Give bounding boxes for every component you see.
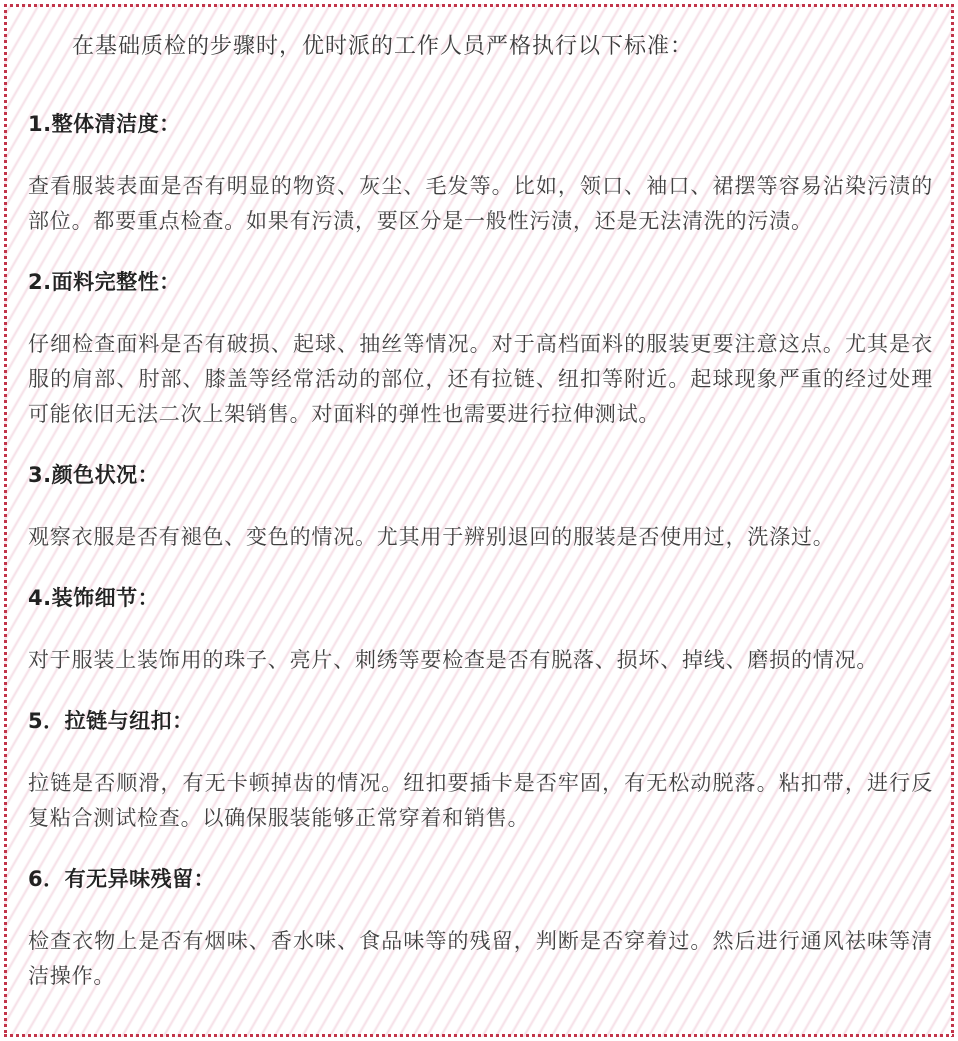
section-3-heading: 3.颜色状况： (28, 460, 933, 490)
section-3-body: 观察衣服是否有褪色、变色的情况。尤其用于辨别退回的服装是否使用过，洗涤过。 (28, 520, 933, 555)
section-1-heading: 1.整体清洁度： (28, 109, 933, 139)
section-4-body: 对于服装上装饰用的珠子、亮片、刺绣等要检查是否有脱落、损坏、掉线、磨损的情况。 (28, 643, 933, 678)
section-2-heading: 2.面料完整性： (28, 267, 933, 297)
section-6-heading: 6．有无异味残留： (28, 864, 933, 894)
dotted-border-left (4, 4, 7, 1037)
section-3: 3.颜色状况： 观察衣服是否有褪色、变色的情况。尤其用于辨别退回的服装是否使用过… (28, 460, 933, 555)
section-4-heading: 4.装饰细节： (28, 583, 933, 613)
section-6: 6．有无异味残留： 检查衣物上是否有烟味、香水味、食品味等的残留，判断是否穿着过… (28, 864, 933, 994)
section-2-body: 仔细检查面料是否有破损、起球、抽丝等情况。对于高档面料的服装更要注意这点。尤其是… (28, 327, 933, 432)
section-1: 1.整体清洁度： 查看服装表面是否有明显的物资、灰尘、毛发等。比如，领口、袖口、… (28, 109, 933, 239)
intro-paragraph: 在基础质检的步骤时，优时派的工作人员严格执行以下标准： (28, 29, 933, 65)
section-1-body: 查看服装表面是否有明显的物资、灰尘、毛发等。比如，领口、袖口、裙摆等容易沾染污渍… (28, 169, 933, 239)
section-2: 2.面料完整性： 仔细检查面料是否有破损、起球、抽丝等情况。对于高档面料的服装更… (28, 267, 933, 432)
section-5: 5．拉链与纽扣： 拉链是否顺滑，有无卡顿掉齿的情况。纽扣要插卡是否牢固，有无松动… (28, 706, 933, 836)
document-content: 在基础质检的步骤时，优时派的工作人员严格执行以下标准： 1.整体清洁度： 查看服… (0, 0, 958, 1041)
dotted-border-bottom (4, 1034, 954, 1037)
document-page: 在基础质检的步骤时，优时派的工作人员严格执行以下标准： 1.整体清洁度： 查看服… (0, 0, 958, 1041)
section-4: 4.装饰细节： 对于服装上装饰用的珠子、亮片、刺绣等要检查是否有脱落、损坏、掉线… (28, 583, 933, 678)
dotted-border-top (4, 4, 954, 7)
section-5-heading: 5．拉链与纽扣： (28, 706, 933, 736)
section-6-body: 检查衣物上是否有烟味、香水味、食品味等的残留，判断是否穿着过。然后进行通风祛味等… (28, 924, 933, 994)
dotted-border-right (951, 4, 954, 1037)
section-5-body: 拉链是否顺滑，有无卡顿掉齿的情况。纽扣要插卡是否牢固，有无松动脱落。粘扣带，进行… (28, 766, 933, 836)
